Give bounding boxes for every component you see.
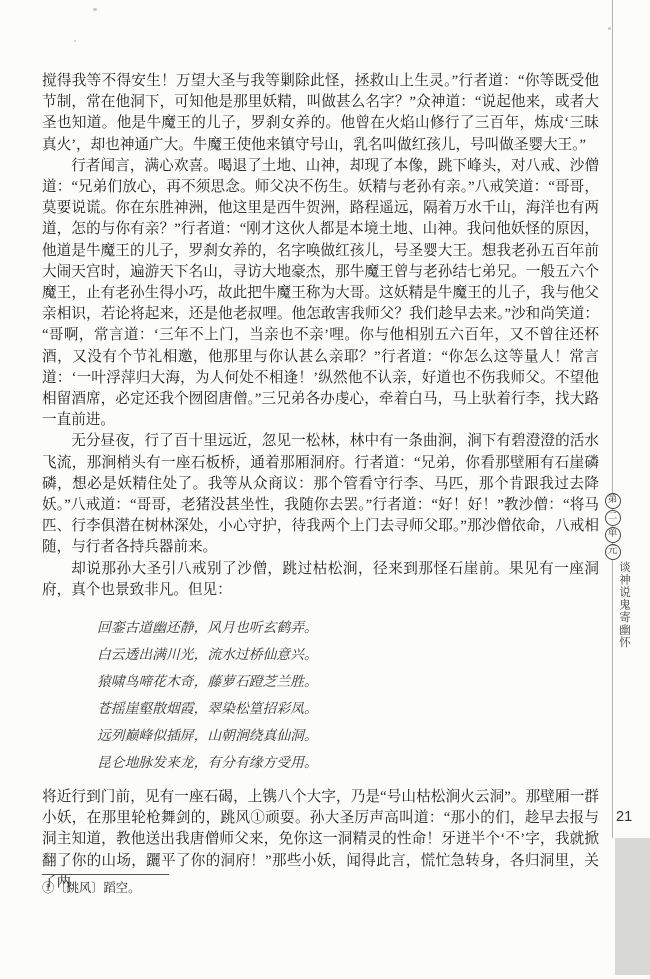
body-paragraph: 行者闻言，满心欢喜。喝退了土地、山神，却现了本像，跳下峰头，对八戒、沙僧道：“兄…: [42, 156, 599, 432]
footnote-area: ①〔跳风〕蹈空。: [42, 874, 599, 896]
unit-char-circle: 元: [605, 544, 621, 560]
body-paragraph: 无分昼夜，行了百十里远近，忽见一松林，林中有一条曲涧，涧下有碧澄澄的活水飞流，那…: [42, 431, 599, 558]
body-paragraph: 却说那孙大圣引八戒别了沙僧，跳过枯松涧，径来到那怪石崖前。果见有一座洞府，真个也…: [42, 559, 599, 601]
unit-char-circle: 单: [605, 527, 621, 543]
scan-speck: [93, 8, 97, 11]
verse-line: 苍摇崖壑散烟霞，翠染松篁招彩凤。: [97, 695, 599, 722]
scan-speck: [74, 40, 76, 42]
verse-line: 昆仑地脉发来龙，有分有缘方受用。: [97, 749, 599, 776]
book-page: 搅得我等不得安生！万望大圣与我等剿除此怪，拯救山上生灵。”行者道：“你等既受他节…: [0, 0, 650, 979]
page-edge-tab: [615, 838, 650, 975]
verse-line: 白云透出满川光，流水过桥仙意兴。: [97, 641, 599, 668]
sidebar-divider-line: [612, 0, 613, 838]
main-text-column: 搅得我等不得安生！万望大圣与我等剿除此怪，拯救山上生灵。”行者道：“你等既受他节…: [42, 71, 599, 893]
page-number: 21: [616, 809, 632, 825]
footnote-text: ①〔跳风〕蹈空。: [42, 880, 599, 896]
verse-line: 远列巅峰似插屏，山朝涧绕真仙洞。: [97, 722, 599, 749]
unit-char-circle: 二: [605, 510, 621, 526]
verse-line: 猿啸鸟啼花木奇，藤萝石蹬芝兰胜。: [97, 668, 599, 695]
scan-speck: [608, 27, 611, 30]
body-paragraph-continued: 搅得我等不得安生！万望大圣与我等剿除此怪，拯救山上生灵。”行者道：“你等既受他节…: [42, 71, 599, 156]
footnote-divider: [42, 874, 169, 875]
unit-char-circle: 第: [605, 493, 621, 509]
unit-badge: 第 二 单 元: [604, 493, 621, 560]
verse-line: 回銮古道幽还静，风月也听玄鹤弄。: [97, 614, 599, 641]
verse-block: 回銮古道幽还静，风月也听玄鹤弄。 白云透出满川光，流水过桥仙意兴。 猿啸鸟啼花木…: [97, 614, 599, 776]
unit-title: 谈神说鬼寄幽怀: [616, 561, 632, 656]
